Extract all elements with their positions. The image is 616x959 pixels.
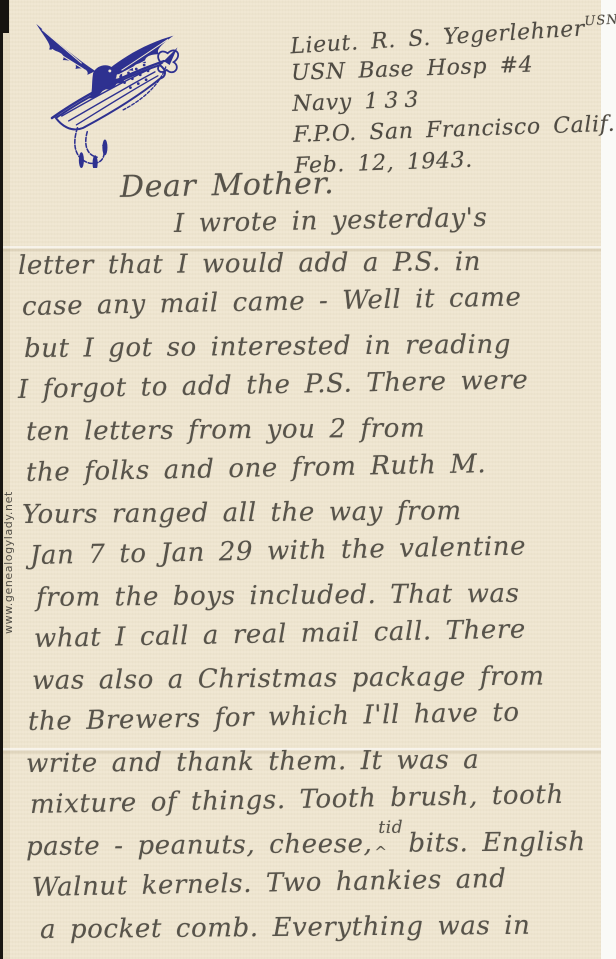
- letterhead-address: Lieut. R. S. YegerlehnerUSNR USN Base Ho…: [289, 8, 616, 182]
- scan-edge-notch: [0, 0, 9, 33]
- letter-body: I wrote in yesterday's letter that I wou…: [16, 204, 604, 951]
- body-line: I wrote in yesterday's: [174, 196, 605, 246]
- body-line-prefix: paste - peanuts, cheese,: [26, 828, 373, 861]
- scanned-letter-page: { "watermark": "www.genealogylady.net", …: [0, 0, 616, 959]
- navy-number: 133: [364, 87, 425, 114]
- eagle-flag-icon: [22, 16, 180, 168]
- salutation: Dear Mother.: [120, 166, 335, 205]
- sender-rank-suffix: USNR: [584, 12, 616, 30]
- body-line: a pocket comb. Everything was in: [40, 905, 604, 951]
- insertion-mark: ^tid: [372, 825, 408, 851]
- inserted-word: tid: [378, 807, 403, 849]
- watermark-url: www.genealogylady.net: [2, 378, 16, 634]
- body-line-suffix: bits. English: [408, 827, 585, 859]
